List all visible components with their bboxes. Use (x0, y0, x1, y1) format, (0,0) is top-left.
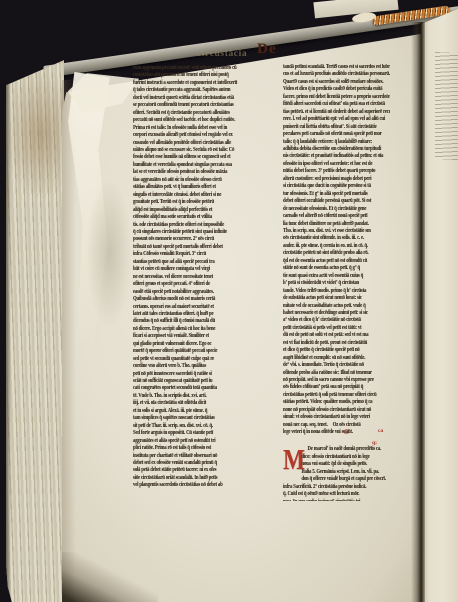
page-corner-shadow (62, 552, 158, 602)
red-line-end-mark-2: q; (372, 440, 377, 446)
fore-edge-lines (435, 52, 458, 160)
red-capitulum-mark: C (344, 427, 349, 436)
page-smudge (86, 178, 132, 328)
right-page-edges-block (421, 0, 458, 602)
page-gap-shadow (411, 22, 425, 602)
text-column-left-lines: rum aggrauata peccatū tenentʼ solū ofite… (133, 65, 276, 490)
text-column-left: rum aggrauata peccatū tenentʼ solū ofite… (133, 65, 276, 494)
incunabulum-book-photo: circūstācia De rum aggrauata peccatū ten… (0, 0, 458, 602)
text-column-right: tandā petīmi scandalā. Terti9 casus est … (283, 64, 390, 439)
running-header-ghost-text: circūstācia (197, 49, 247, 59)
initial-paragraph-inner: MDe marcolʼ in eadē domiā precedētis ca.… (283, 439, 390, 501)
running-header-title: De (257, 41, 277, 58)
text-column-right-initial-paragraph: MDe marcolʼ in eadē domiā precedētis ca.… (283, 439, 390, 501)
rubricated-initial-letter: M (283, 446, 300, 476)
red-line-end-mark-1: ca (378, 428, 383, 434)
text-column-right-lines: tandā petīmi scandalā. Terti9 casus est … (283, 64, 390, 437)
